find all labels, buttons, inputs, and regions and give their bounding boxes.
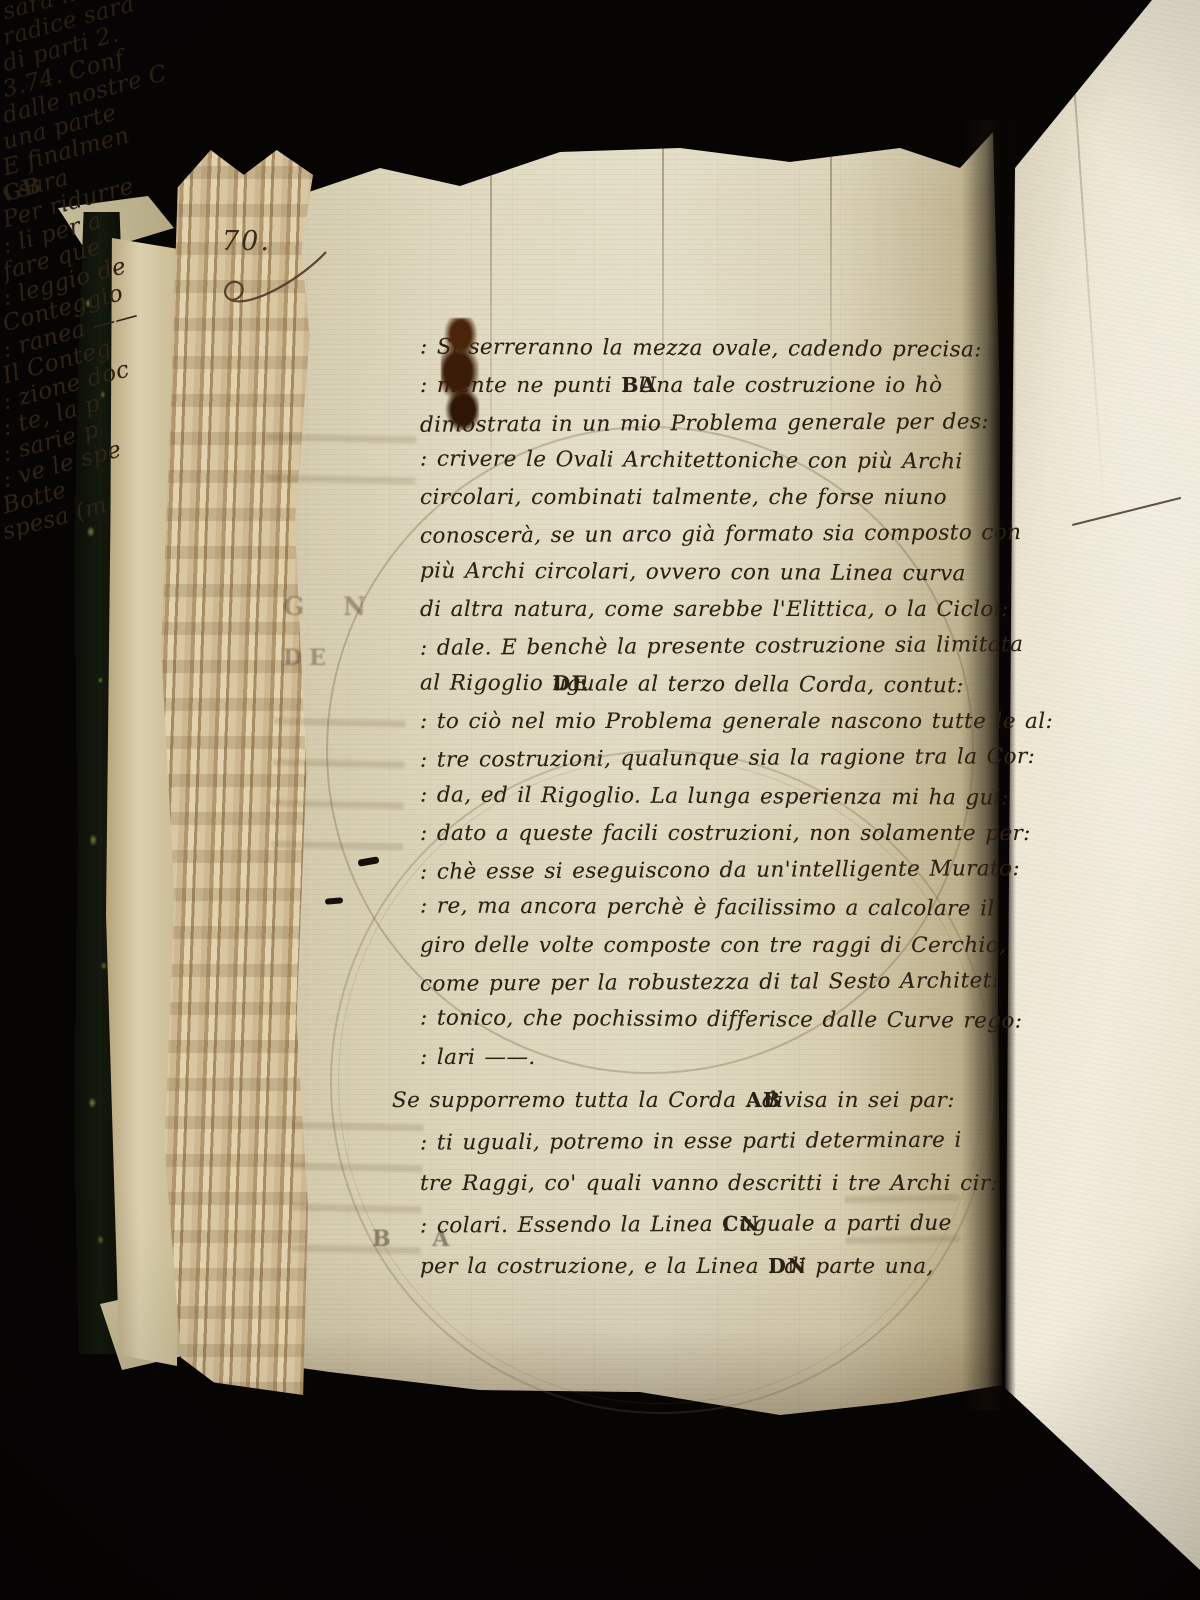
manuscript-line: : chè esse si eseguiscono da un'intellig… [420, 850, 1000, 891]
bleed-through-letters: DE [283, 645, 333, 671]
bleed-through-writing [270, 715, 405, 868]
manuscript-line: conoscerà, se un arco già formato sia co… [420, 515, 1000, 556]
manuscript-line: per la costruzione, e la Linea DN. di pa… [420, 1246, 1000, 1287]
manuscript-line: : re, ma ancora perchè è facilissimo a c… [420, 888, 1000, 928]
manuscript-line: : crivere le Ovali Architettoniche con p… [420, 440, 1000, 480]
manuscript-line: : ti uguali, potremo in esse parti deter… [420, 1120, 1000, 1164]
manuscript-line: : dato a queste facili costruzioni, non … [420, 815, 1000, 852]
manuscript-line: : dale. E benchè la presente costruzione… [420, 627, 1000, 668]
manuscript-paragraph-1: : Si serreranno la mezza ovale, cadendo … [420, 330, 1000, 1076]
manuscript-paragraph-2: Se supporremo tutta la Corda AB. divisa … [420, 1080, 1000, 1287]
manuscript-line: circolari, combinati talmente, che forse… [420, 479, 1000, 516]
manuscript-line: : tre costruzioni, qualunque sia la ragi… [420, 738, 1000, 779]
manuscript-line: : colari. Essendo la Linea CN. uguale a … [420, 1203, 1000, 1247]
manuscript-line: : da, ed il Rigoglio. La lunga esperienz… [420, 776, 1000, 816]
manuscript-line: tre Raggi, co' quali vanno descritti i t… [420, 1163, 1000, 1204]
manuscript-line: di altra natura, come sarebbe l'Elittica… [420, 591, 1000, 628]
bleed-through-letters: G N [283, 592, 381, 621]
manuscript-line: al Rigoglio DE uguale al terzo della Cor… [420, 664, 1000, 704]
manuscript-line: : lari ——. [420, 1039, 1000, 1076]
manuscript-line: : tonico, che pochissimo differisce dall… [420, 1000, 1000, 1040]
photo-of-open-manuscript-book: G N DE B A 70. : Si serreranno la mezza … [0, 0, 1200, 1600]
manuscript-line: giro delle volte composte con tre raggi … [420, 927, 1000, 964]
manuscript-line: Se supporremo tutta la Corda AB. divisa … [392, 1080, 1000, 1121]
manuscript-line: come pure per la robustezza di tal Sesto… [420, 962, 1000, 1003]
manuscript-line: più Archi circolari, ovvero con una Line… [420, 552, 1000, 592]
manuscript-line: : to ciò nel mio Problema generale nasco… [420, 703, 1000, 740]
